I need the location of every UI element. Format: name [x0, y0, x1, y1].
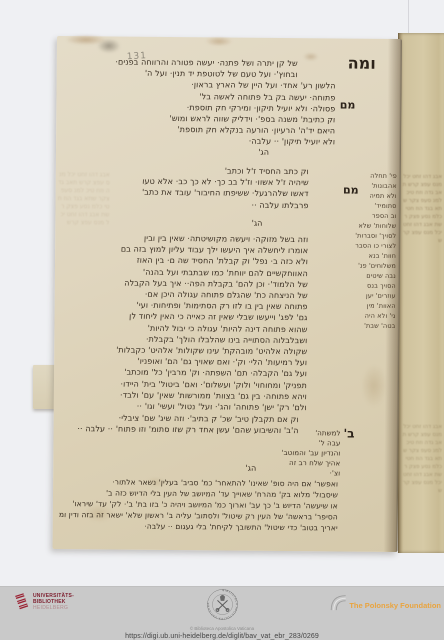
manuscript-line: ולא יועיל תיקון' ·· עלבה·: [74, 135, 335, 148]
stain: [361, 364, 387, 408]
gloss-line: וצ'·: [230, 468, 340, 479]
footer-bar: UNIVERSITÄTS- BIBLIOTHEK HEIDELBERG BIBL…: [0, 586, 444, 640]
seal-circular-text: BIBLIOTECA APOSTOLICA VATICANA: [206, 588, 239, 621]
vatican-copyright: © Biblioteca Apostolica Vaticana: [190, 626, 254, 631]
manuscript-line: פרבלתו עלבה ··: [85, 198, 308, 211]
adjacent-page-edge: אבג דהו זחט יכל מנס עפצ קרש תאב גדה וזח …: [398, 33, 444, 553]
opening-word: ומה: [348, 55, 376, 73]
manuscript-page: 131 אבג דהו זחט יכל מנס עפצ קרש תאב גדה …: [53, 36, 402, 552]
showthrough-text: אבג דהו זחט יכל מנס עפצ קרש תאב גדה וזח …: [402, 173, 442, 293]
opening-lines: של קן יתרה ושל פתנה· יעשה פטורה והרווחה …: [74, 56, 336, 148]
digitized-manuscript-scan: אבג דהו זחט יכל מנס עפצ קרש תאב גדה וזח …: [0, 0, 444, 640]
page-edge-line: [408, 0, 409, 36]
polonsky-label: The Polonsky Foundation: [349, 601, 441, 610]
showthrough-text: אבג דהו זחט יכל מנס עפצ קרש תאב גדה וזח …: [402, 423, 442, 553]
margin-word: ב': [343, 427, 354, 441]
note-lines: וק כתב החסיד ז'ל וכתב'שיהיה ז'ל אשוו· וז…: [85, 164, 308, 211]
stain: [205, 36, 233, 46]
text-block-opening: ומה של קן יתרה ושל פתנה· יעשה פטורה והרו…: [74, 56, 336, 148]
crossed-keys-icon: [216, 600, 229, 611]
text-block-hasid-note: וק כתב החסיד ז'ל וכתב'שיהיה ז'ל אשוו· וז…: [85, 164, 308, 211]
gloss-line: בטה' שבת': [309, 320, 395, 331]
source-url: https://digi.ub.uni-heidelberg.de/diglit…: [125, 633, 319, 640]
papal-tiara-icon: [219, 595, 224, 601]
vatican-seal-icon: BIBLIOTECA APOSTOLICA VATICANA: [206, 588, 239, 626]
section-divider: הג': [252, 219, 263, 228]
margin-gloss-bottom: למשתה'עבה ל'והנדיון עב' והמוטב'אהיך שלח …: [230, 428, 340, 479]
bottom-lines: ואפשר' אם היה סופ' שאינו' להתאחר' כמ' סב…: [59, 476, 338, 533]
text-block-main: וזה בשל מזוקה· ויעשה מקושיטתה· שאין בין …: [74, 232, 309, 413]
section-divider: הג': [258, 148, 269, 157]
polonsky-logo: The Polonsky Foundation: [329, 594, 441, 616]
margin-gloss-column: פי' תחלהאהבונות'ולא תמיהסתומיד'וב הספרשל…: [309, 170, 396, 331]
manuscript-line: יאריך בטוב' כדי שיטול' התשובך לקיחת' בלי…: [58, 520, 337, 533]
stain: [65, 34, 107, 45]
main-lines: וזה בשל מזוקה· ויעשה מקושיטתה· שאין בין …: [74, 232, 309, 413]
stain: [97, 38, 121, 53]
manuscript-line: ולם' רק' ישן' פתוחה' והג'· ועל' נטול' וע…: [74, 400, 307, 413]
svg-text:BIBLIOTECA APOSTOLICA VATICANA: BIBLIOTECA APOSTOLICA VATICANA: [206, 588, 239, 621]
arcs-icon: [329, 594, 347, 616]
margin-word: מם: [340, 98, 356, 111]
text-block-bottom: ואפשר' אם היה סופ' שאינו' להתאחר' כמ' סב…: [59, 476, 338, 533]
